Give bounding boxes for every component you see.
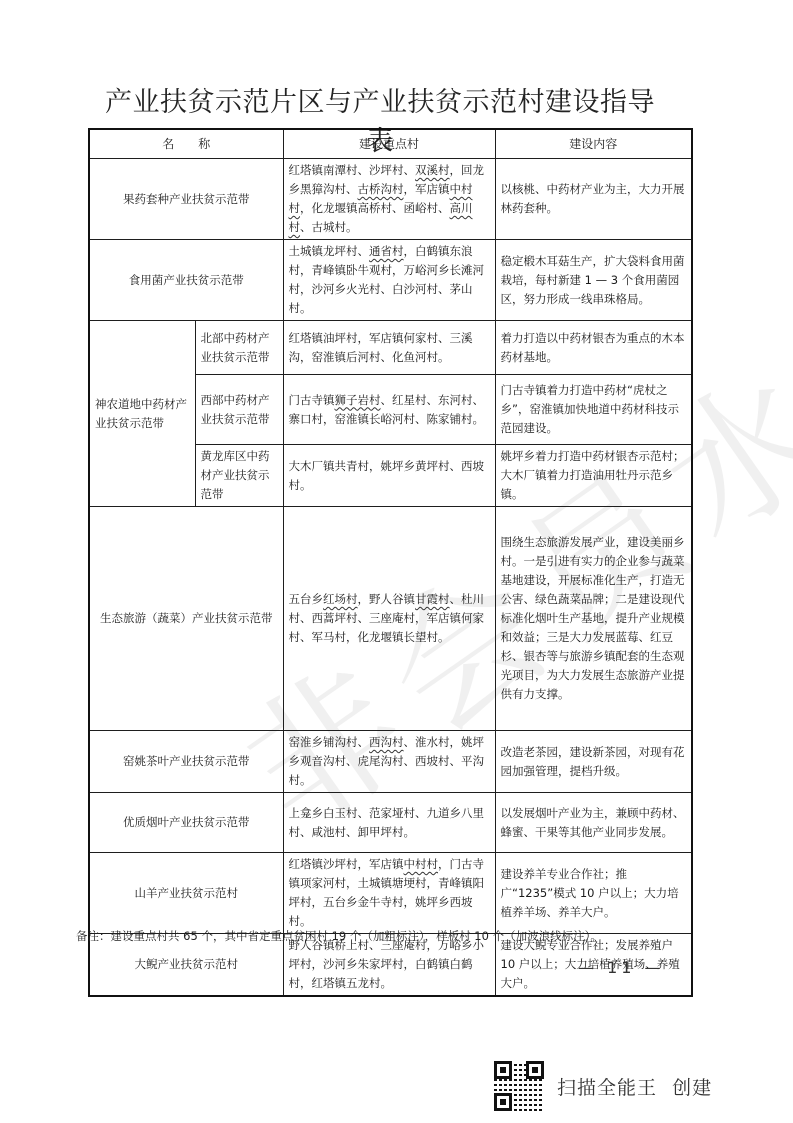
- table-row: 果药套种产业扶贫示范带红塔镇南潭村、沙坪村、双溪村，回龙乡黑獐沟村、古桥沟村，军…: [89, 159, 692, 240]
- village-text: 野人谷镇桥上村、三座庵村，万峪乡小坪村，沙河乡朱家坪村，白鹤镇白鹤村，红塔镇五龙…: [289, 938, 485, 990]
- model-village: 红场村: [323, 592, 358, 606]
- model-village: 西沟村: [369, 735, 404, 749]
- villages-cell: 窑淮乡铺沟村、西沟村、淮水村，姚坪乡观音沟村、虎尾沟村、西坡村、平沟村。: [283, 731, 495, 793]
- villages-cell: 门古寺镇狮子岩村、红星村、东河村、寨口村，窑淮镇长峪河村、陈家铺村。: [283, 375, 495, 445]
- page-number: — 11 —: [578, 958, 665, 977]
- table-row: 窑姚茶叶产业扶贫示范带窑淮乡铺沟村、西沟村、淮水村，姚坪乡观音沟村、虎尾沟村、西…: [89, 731, 692, 793]
- header-name: 名 称: [89, 129, 283, 159]
- content-cell: 围绕生态旅游发展产业，建设美丽乡村。一是引进有实力的企业参与蔬菜基地建设，开展标…: [495, 507, 692, 731]
- header-content: 建设内容: [495, 129, 692, 159]
- footnote: 备注：建设重点村共 65 个，其中省定重点贫困村 19 个（加粗标注），样板村 …: [76, 928, 602, 944]
- demo-zone-group-name: 神农道地中药材产业扶贫示范带: [89, 321, 195, 507]
- scanner-badge: 扫描全能王 创建: [493, 1060, 712, 1112]
- village-text: ，化龙堰镇高桥村、函峪村、: [300, 201, 450, 215]
- villages-cell: 红塔镇南潭村、沙坪村、双溪村，回龙乡黑獐沟村、古桥沟村，军店镇中村村，化龙堰镇高…: [283, 159, 495, 240]
- villages-cell: 五台乡红场村，野人谷镇甘霞村、杜川村、西蒿坪村、三座庵村，军店镇何家村、军马村，…: [283, 507, 495, 731]
- table-row: 神农道地中药材产业扶贫示范带北部中药材产业扶贫示范带红塔镇油坪村，军店镇何家村、…: [89, 321, 692, 375]
- content-cell: 门古寺镇着力打造中药材“虎杖之乡”，窑淮镇加快地道中药材科技示范园建设。: [495, 375, 692, 445]
- village-text: 红塔镇南潭村、沙坪村、: [289, 163, 416, 177]
- village-text: 红塔镇油坪村，军店镇何家村、三溪沟，窑淮镇后河村、化鱼河村。: [289, 331, 473, 364]
- model-village: 中村村: [404, 857, 439, 871]
- sub-zone-name: 黄龙库区中药材产业扶贫示范带: [195, 445, 283, 507]
- table-row: 食用菌产业扶贫示范带土城镇龙坪村、通省村，白鹤镇东浪村，青峰镇卧牛观村，万峪河乡…: [89, 240, 692, 321]
- village-text: 五台乡: [289, 592, 324, 606]
- villages-cell: 红塔镇油坪村，军店镇何家村、三溪沟，窑淮镇后河村、化鱼河村。: [283, 321, 495, 375]
- guidance-table: 名 称 建设重点村 建设内容 果药套种产业扶贫示范带红塔镇南潭村、沙坪村、双溪村…: [88, 128, 693, 997]
- sub-zone-name: 北部中药材产业扶贫示范带: [195, 321, 283, 375]
- table-row: 生态旅游（蔬菜）产业扶贫示范带五台乡红场村，野人谷镇甘霞村、杜川村、西蒿坪村、三…: [89, 507, 692, 731]
- village-text: 大木厂镇共青村，姚坪乡黄坪村、西坡村。: [289, 459, 485, 492]
- village-text: 土城镇龙坪村、: [289, 244, 370, 258]
- villages-cell: 上龛乡白玉村、范家垭村、九道乡八里村、咸池村、卸甲坪村。: [283, 793, 495, 853]
- demo-zone-name: 生态旅游（蔬菜）产业扶贫示范带: [89, 507, 283, 731]
- model-village: 古桥沟村: [358, 182, 404, 196]
- table-row: 山羊产业扶贫示范村红塔镇沙坪村，军店镇中村村，门古寺镇项家河村，土城镇塘埂村，青…: [89, 853, 692, 934]
- header-villages: 建设重点村: [283, 129, 495, 159]
- scanner-app-name: 扫描全能王: [557, 1077, 657, 1099]
- demo-zone-name: 食用菌产业扶贫示范带: [89, 240, 283, 321]
- model-village: 狮子岩村: [335, 393, 381, 407]
- villages-cell: 土城镇龙坪村、通省村，白鹤镇东浪村，青峰镇卧牛观村，万峪河乡长滩河村，沙河乡火光…: [283, 240, 495, 321]
- demo-zone-name: 窑姚茶叶产业扶贫示范带: [89, 731, 283, 793]
- model-village: 双溪村: [415, 163, 450, 177]
- content-cell: 稳定椴木耳菇生产，扩大袋料食用菌栽培，每村新建 1 — 3 个食用菌园区，努力形…: [495, 240, 692, 321]
- qr-code-icon: [493, 1060, 545, 1112]
- village-text: 、古城村。: [300, 220, 358, 234]
- village-text: 窑淮乡铺沟村、: [289, 735, 370, 749]
- content-cell: 改造老茶园，建设新茶园，对现有花园加强管理，提档升级。: [495, 731, 692, 793]
- demo-zone-name: 果药套种产业扶贫示范带: [89, 159, 283, 240]
- village-text: 门古寺镇: [289, 393, 335, 407]
- content-cell: 着力打造以中药材银杏为重点的木本药材基地。: [495, 321, 692, 375]
- content-cell: 以发展烟叶产业为主，兼顾中药材、蜂蜜、干果等其他产业同步发展。: [495, 793, 692, 853]
- table-row: 优质烟叶产业扶贫示范带上龛乡白玉村、范家垭村、九道乡八里村、咸池村、卸甲坪村。以…: [89, 793, 692, 853]
- content-cell: 以核桃、中药材产业为主，大力开展林药套种。: [495, 159, 692, 240]
- model-village: 通省村: [369, 244, 404, 258]
- sub-zone-name: 西部中药材产业扶贫示范带: [195, 375, 283, 445]
- demo-zone-name: 山羊产业扶贫示范村: [89, 853, 283, 934]
- village-text: 红塔镇沙坪村，军店镇: [289, 857, 404, 871]
- villages-cell: 大木厂镇共青村，姚坪乡黄坪村、西坡村。: [283, 445, 495, 507]
- content-cell: 建设养羊专业合作社；推广“1235”模式 10 户以上；大力培植养羊场、养羊大户…: [495, 853, 692, 934]
- table-header-row: 名 称 建设重点村 建设内容: [89, 129, 692, 159]
- villages-cell: 红塔镇沙坪村，军店镇中村村，门古寺镇项家河村，土城镇塘埂村，青峰镇阳坪村，五台乡…: [283, 853, 495, 934]
- village-text: ，野人谷镇: [358, 592, 416, 606]
- village-text: 上龛乡白玉村、范家垭村、九道乡八里村、咸池村、卸甲坪村。: [289, 806, 485, 839]
- scanner-action: 创建: [672, 1077, 712, 1099]
- village-text: ，军店镇: [404, 182, 450, 196]
- demo-zone-name: 优质烟叶产业扶贫示范带: [89, 793, 283, 853]
- model-village: 甘霞村: [415, 592, 450, 606]
- content-cell: 姚坪乡着力打造中药材银杏示范村；大木厂镇着力打造油用牡丹示范乡镇。: [495, 445, 692, 507]
